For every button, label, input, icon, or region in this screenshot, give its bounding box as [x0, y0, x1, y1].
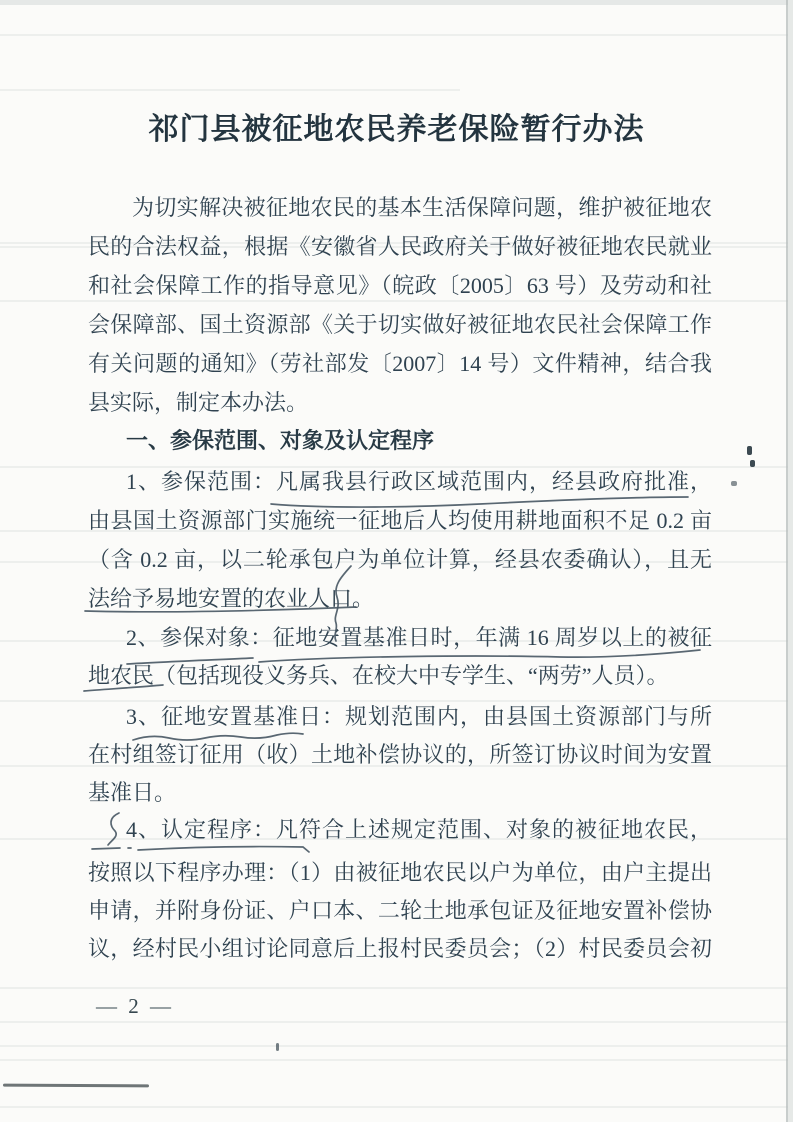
ink-speck [276, 1043, 279, 1051]
scan-streak [0, 987, 793, 989]
text-line: 法给予易地安置的农业人口。 [88, 581, 712, 619]
text-line: 民的合法权益，根据《安徽省人民政府关于做好被征地农民就业 [88, 229, 712, 267]
text-line: 由县国土资源部门实施统一征地后人均使用耕地面积不足 0.2 亩 [88, 503, 712, 541]
scan-top-shadow [0, 0, 793, 5]
scan-streak [0, 1106, 793, 1108]
text-line: 有关问题的通知》（劳社部发〔2007〕14 号）文件精神，结合我 [88, 346, 712, 384]
document-title: 祁门县被征地农民养老保险暂行办法 [0, 104, 793, 148]
page-number: — 2 — [96, 994, 174, 1019]
text-line: 为切实解决被征地农民的基本生活保障问题，维护被征地农 [88, 190, 712, 228]
text-line: 县实际，制定本办法。 [88, 385, 712, 423]
text-line: 3、征地安置基准日：规划范围内，由县国土资源部门与所 [88, 699, 712, 737]
scan-bottom-mark [3, 1084, 149, 1088]
section-heading: 一、参保范围、对象及认定程序 [88, 423, 712, 461]
text-line: 4、认定程序：凡符合上述规定范围、对象的被征地农民， [88, 812, 712, 850]
scan-streak [0, 1045, 793, 1047]
text-line: 和社会保障工作的指导意见》（皖政〔2005〕63 号）及劳动和社 [88, 268, 712, 306]
text-line: 申请，并附身份证、户口本、二轮土地承包证及征地安置补偿协 [88, 893, 712, 931]
text-line: 基准日。 [88, 775, 712, 813]
scan-streak [0, 34, 793, 36]
ink-speck [747, 446, 752, 455]
text-line: 会保障部、国土资源部《关于切实做好被征地农民社会保障工作 [88, 307, 712, 345]
scanned-document-page: 祁门县被征地农民养老保险暂行办法 为切实解决被征地农民的基本生活保障问题，维护被… [0, 0, 793, 1122]
ink-speck [750, 460, 755, 467]
text-line: 在村组签订征用（收）土地补偿协议的，所签订协议时间为安置 [88, 737, 712, 775]
scan-streak [0, 1021, 793, 1023]
scan-streak [0, 1059, 793, 1061]
ink-speck [731, 481, 737, 486]
text-line: 2、参保对象：征地安置基准日时，年满 16 周岁以上的被征 [88, 620, 712, 658]
scan-streak [0, 89, 460, 91]
text-line: 议，经村民小组讨论同意后上报村民委员会；（2）村民委员会初 [88, 931, 712, 969]
text-line: （含 0.2 亩，以二轮承包户为单位计算，经县农委确认），且无 [88, 542, 712, 580]
text-line: 地农民（包括现役义务兵、在校大中专学生、“两劳”人员）。 [88, 658, 712, 696]
page-right-edge-line [786, 0, 788, 1122]
text-line: 1、参保范围：凡属我县行政区域范围内，经县政府批准， [88, 464, 712, 502]
page-right-edge [788, 0, 793, 1122]
text-line: 按照以下程序办理：（1）由被征地农民以户为单位，由户主提出 [88, 855, 712, 893]
